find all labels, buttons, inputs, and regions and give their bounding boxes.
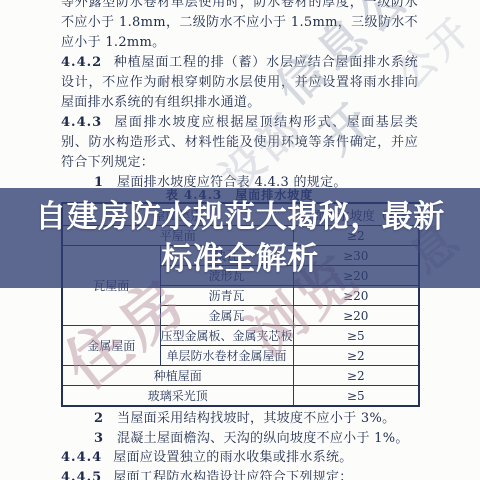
cell-subtype: 金属瓦: [160, 306, 293, 326]
cell-subtype: 沥青瓦: [160, 286, 293, 306]
headline-line-1: 自建房防水规范大揭秘，最新: [35, 196, 445, 239]
clause-text: 屋面工程防水构造设计应符合下列规定：: [113, 470, 352, 480]
headline-banner: 自建房防水规范大揭秘，最新 标准全解析: [0, 188, 480, 288]
document-page: 信息公开 设部 住房 浏览 公开 息 等外露型防水卷材单层使用时，防水卷材的厚度…: [0, 0, 480, 480]
cell-slope: ≥20: [293, 306, 419, 326]
cell-subtype: 单层防水卷材金属屋面: [160, 346, 293, 366]
cell-slope: ≥2: [293, 346, 419, 366]
cell-subtype: 压型金属板、金属夹芯板: [160, 326, 293, 346]
item-number: 2: [94, 411, 104, 426]
table-row: 种植屋面 ≥2: [62, 366, 419, 386]
paragraph-continued: 等外露型防水卷材单层使用时，防水卷材的厚度，一级防水不应小于 1.8mm，二级防…: [61, 0, 418, 53]
clause-text: 屋面排水坡度应根据屋顶结构形式、屋面基层类别、防水构造形式、材料性能及使用环境等…: [61, 115, 418, 170]
item-text: 当屋面采用结构找坡时，其坡度不应小于 3%。: [117, 411, 395, 426]
item-number: 3: [94, 431, 104, 446]
clause-4-4-4: 4.4.4屋面应设置独立的雨水收集或排水系统。: [61, 448, 418, 468]
clause-text: 种植屋面工程的排（蓄）水层应结合屋面排水系统设计，不应作为耐根穿刺防水层使用，并…: [61, 55, 418, 110]
clause-4-4-2: 4.4.2种植屋面工程的排（蓄）水层应结合屋面排水系统设计，不应作为耐根穿刺防水…: [61, 53, 418, 113]
document-body-bottom: 2当屋面采用结构找坡时，其坡度不应小于 3%。 3混凝土屋面檐沟、天沟的纵向坡度…: [61, 409, 418, 480]
cell-slope: ≥2: [293, 366, 419, 386]
clause-4-4-3: 4.4.3屋面排水坡度应根据屋顶结构形式、屋面基层类别、防水构造形式、材料性能及…: [61, 113, 418, 173]
cell-slope: ≥20: [293, 286, 419, 306]
clause-number: 4.4.2: [61, 55, 102, 70]
item-text: 混凝土屋面檐沟、天沟的纵向坡度不应小于 1%。: [117, 431, 409, 446]
cell-group: 金属屋面: [62, 326, 160, 366]
clause-text: 屋面应设置独立的雨水收集或排水系统。: [113, 450, 352, 465]
clause-number: 4.4.3: [61, 115, 102, 130]
clause-4-4-5: 4.4.5屋面工程防水构造设计应符合下列规定：: [61, 468, 418, 480]
table-row: 玻璃采光顶 ≥5: [62, 386, 419, 407]
clause-number: 4.4.5: [61, 470, 102, 480]
document-body-top: 等外露型防水卷材单层使用时，防水卷材的厚度，一级防水不应小于 1.8mm，二级防…: [61, 0, 418, 193]
clause-number: 4.4.4: [61, 450, 102, 465]
table-row: 金属屋面 压型金属板、金属夹芯板 ≥5: [62, 326, 419, 346]
cell-slope: ≥5: [293, 386, 419, 407]
paragraph-text: 等外露型防水卷材单层使用时，防水卷材的厚度，一级防水不应小于 1.8mm，二级防…: [61, 0, 418, 50]
cell-category: 玻璃采光顶: [62, 386, 293, 407]
cell-slope: ≥5: [293, 326, 419, 346]
list-item-3: 3混凝土屋面檐沟、天沟的纵向坡度不应小于 1%。: [61, 429, 418, 449]
headline-line-2: 标准全解析: [161, 238, 319, 281]
cell-category: 种植屋面: [62, 366, 293, 386]
list-item-2: 2当屋面采用结构找坡时，其坡度不应小于 3%。: [61, 409, 418, 429]
